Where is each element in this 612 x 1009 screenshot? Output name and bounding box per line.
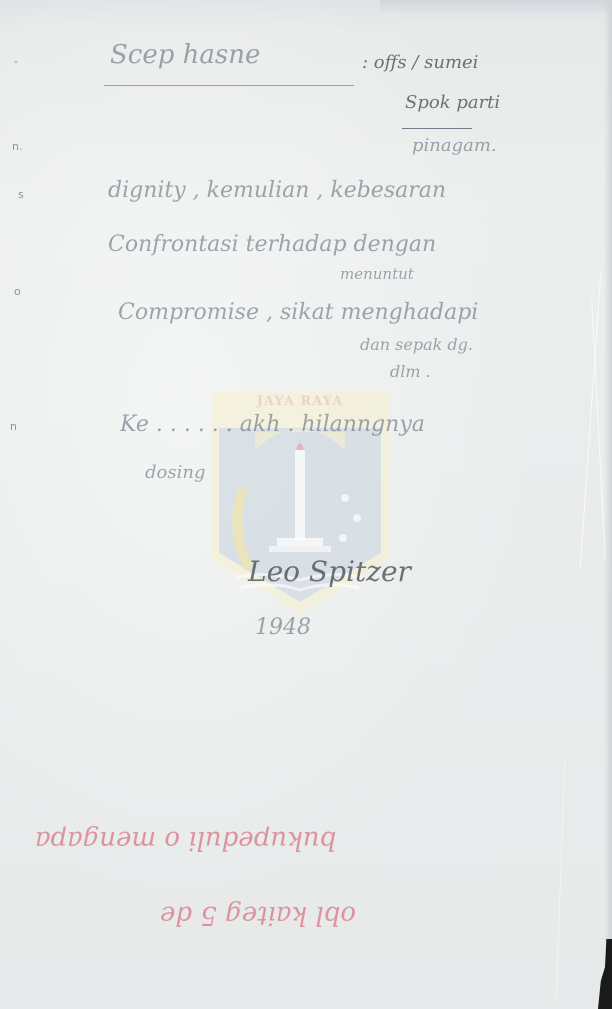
body-line: dignity , kemulian , kebesaran <box>108 178 446 203</box>
heading-note-line3: pinagam. <box>412 135 497 156</box>
body-line: Confrontasi terhadap dengan <box>108 232 436 257</box>
margin-mark: s <box>18 188 24 201</box>
body-line: dan sepak dg. <box>360 335 473 354</box>
body-line: Ke . . . . . . akh . hilanngnya <box>120 412 425 437</box>
right-edge-shadow <box>604 0 612 1009</box>
margin-mark: n <box>10 420 17 433</box>
body-line-insert: menuntut <box>340 265 414 283</box>
heading-note: : offs / sumei <box>362 52 478 73</box>
body-line: dlm . <box>390 362 431 381</box>
inverted-red-note-line2: obl kaiteg 5 de <box>160 900 356 930</box>
margin-mark: n. <box>12 140 22 153</box>
signature-year: 1948 <box>255 615 311 640</box>
heading-underline <box>104 85 354 86</box>
margin-mark: o <box>14 285 21 298</box>
heading-text: Scep hasne <box>110 40 260 70</box>
watermark-motto: JAYA RAYA <box>205 394 395 409</box>
note-underline <box>402 128 472 129</box>
heading-note-line2: Spok parti <box>405 92 500 113</box>
margin-mark: - <box>14 55 18 68</box>
inverted-red-note-line1: bukupeduli o mengapa <box>35 825 336 855</box>
top-edge-shadow <box>380 0 612 14</box>
signature-name: Leo Spitzer <box>248 555 411 588</box>
body-line: Compromise , sikat menghadapi <box>118 300 478 325</box>
body-line: dosing <box>145 462 205 483</box>
